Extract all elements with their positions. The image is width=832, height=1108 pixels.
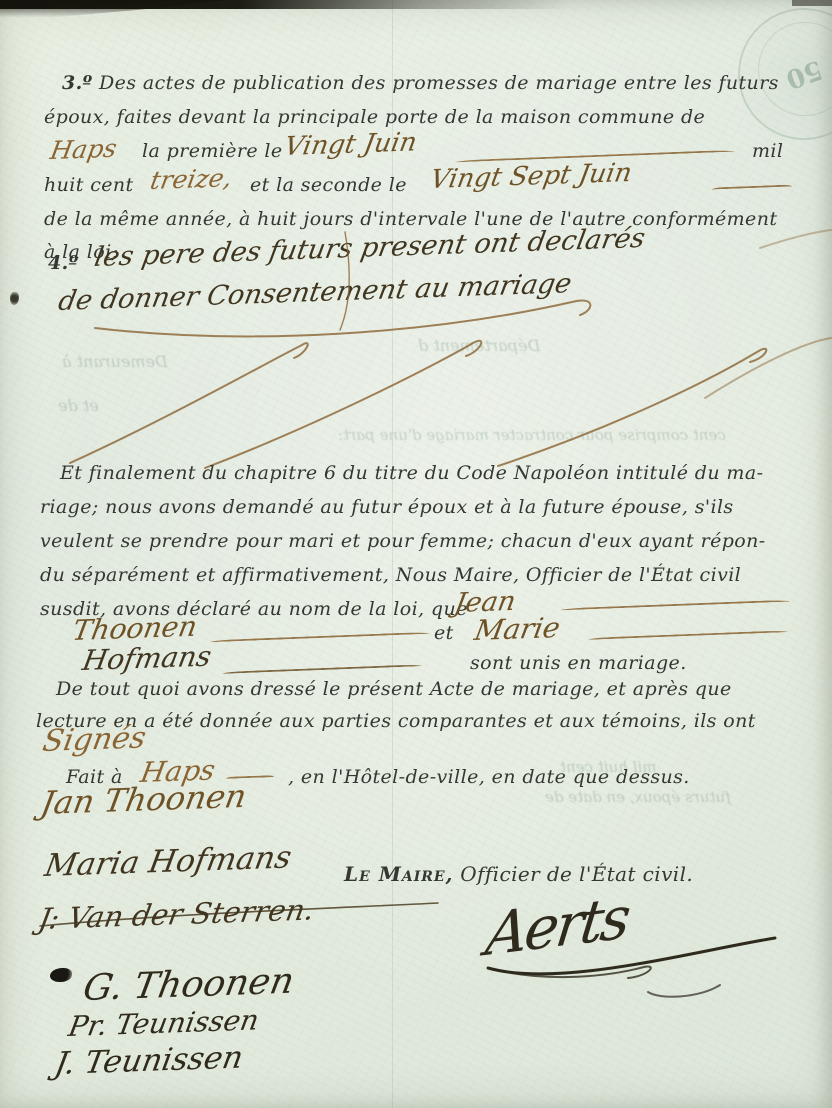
clause4-number: 4.º [48, 252, 79, 274]
maire-caption: Le Maire, Officier de l'État civil. [344, 862, 693, 886]
hw-second-publication-date: Vingt Sept Juin [428, 158, 634, 195]
signature-jan-thoonen: Jan Thoonen [38, 777, 249, 822]
marriage-act-document: 50 Demeurant à Département d et de cent … [0, 0, 832, 1108]
scan-edge-corner [0, 0, 230, 22]
signature-g-thoonen: G. Thoonen [80, 961, 297, 1009]
clause3-line4-start: huit cent [44, 174, 134, 196]
clause3-line2: époux, faites devant la principale porte… [44, 106, 705, 128]
fait-line-rest: , en l'Hôtel-de-ville, en date que dessu… [288, 766, 690, 788]
hw-bride-firstname: Marie [472, 611, 563, 647]
final-line3: veulent se prendre pour mari et pour fem… [40, 530, 766, 552]
hw-commune-name: Haps [48, 134, 119, 165]
clause3-line3-mid: la première le [142, 140, 283, 162]
printed-et: et [434, 622, 454, 644]
filler-stroke [588, 630, 788, 640]
final-line4: du séparément et affirmativement, Nous M… [40, 564, 741, 586]
hw-signes: Signés [40, 720, 149, 759]
bleedthrough-text: Département d [418, 336, 540, 355]
signature-maria-hofmans: Maria Hofmans [42, 839, 294, 884]
clause3-line1: 3.º Des actes de publication des promess… [62, 72, 779, 94]
final-line2: riage; nous avons demandé au futur époux… [40, 496, 734, 518]
signature-p-teunissen: Pr. Teunissen [66, 1003, 262, 1043]
closing-line1: De tout quoi avons dressé le présent Act… [56, 678, 732, 700]
pen-flourishes [0, 0, 832, 1108]
signature-j-teunissen: J. Teunissen [52, 1040, 246, 1082]
filler-stroke [560, 600, 790, 611]
mayor-signature-flourish [0, 0, 832, 1108]
filler-stroke [712, 184, 792, 189]
maire-caption-lemaire: Le Maire, [344, 862, 454, 886]
hw-clause4-line2: de donner Consentement au mariage [56, 268, 574, 317]
scan-edge-right [792, 0, 832, 6]
bleedthrough-text: cent comprise pour contracter mariage d'… [338, 426, 726, 444]
hw-first-publication-date: Vingt Juin [282, 127, 419, 162]
filler-stroke [210, 632, 430, 642]
clause3-line5: de la même année, à huit jours d'interva… [44, 208, 777, 230]
paper-texture [0, 0, 832, 1108]
hw-year: treize, [148, 163, 234, 195]
signature-van-der-sterren: J: Van der Sterren. [36, 892, 317, 936]
signature-mayor: Aerts [482, 883, 631, 970]
final-line1: Et finalement du chapitre 6 du titre du … [60, 462, 763, 484]
ink-speck [10, 292, 19, 305]
maire-caption-officier: Officier de l'État civil. [460, 862, 693, 886]
vertical-crease [392, 0, 393, 1108]
hw-bride-lastname: Hofmans [80, 640, 214, 677]
bleedthrough-text: Demeurant à [62, 352, 168, 371]
hw-clause4-line1: les pere des futurs present ont declarés [92, 223, 647, 273]
clause3-line4-mid: et la seconde le [250, 174, 407, 196]
clause3-number: 3.º [62, 72, 93, 94]
united-text: sont unis en mariage. [470, 652, 687, 674]
bleedthrough-text: et de [58, 396, 99, 415]
ink-blot [50, 968, 72, 982]
bleedthrough-text: futurs époux, en date de [545, 788, 731, 806]
clause3-line3-end: mil [752, 140, 783, 162]
